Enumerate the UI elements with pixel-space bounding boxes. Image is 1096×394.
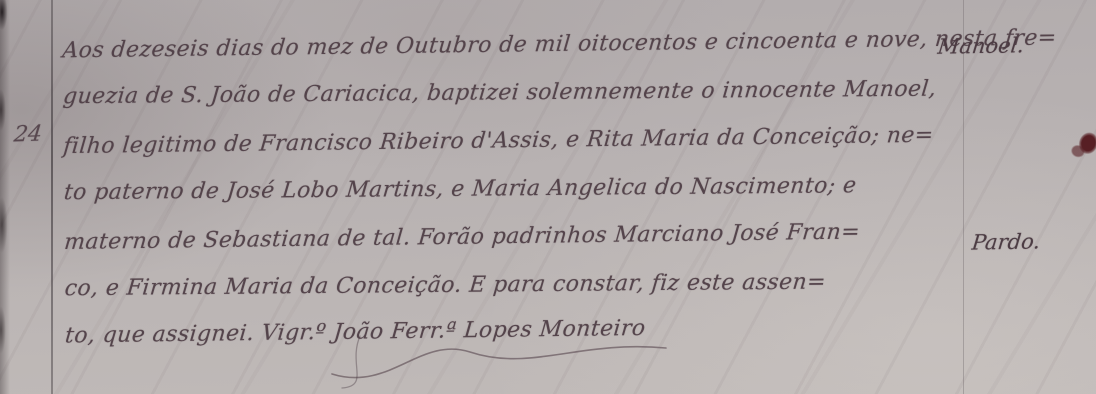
manuscript-line: co, e Firmina Maria da Conceição. E para… (64, 270, 828, 302)
manuscript-line: filho legitimo de Francisco Ribeiro d'As… (62, 123, 935, 159)
record-text: Aos dezeseis dias do mez de Outubro de m… (0, 0, 1096, 394)
manuscript-line: guezia de S. João de Cariacica, baptizei… (62, 77, 938, 110)
manuscript-page: 24 Manoel. Pardo. Aos dezeseis dias do m… (0, 0, 1096, 394)
manuscript-line: Aos dezeseis dias do mez de Outubro de m… (61, 25, 1057, 63)
manuscript-line: materno de Sebastiana de tal. Forão padr… (63, 220, 861, 255)
manuscript-line: to paterno de José Lobo Martins, e Maria… (63, 173, 858, 205)
manuscript-line: to, que assignei. Vigr.º João Ferr.ª Lop… (64, 316, 647, 349)
